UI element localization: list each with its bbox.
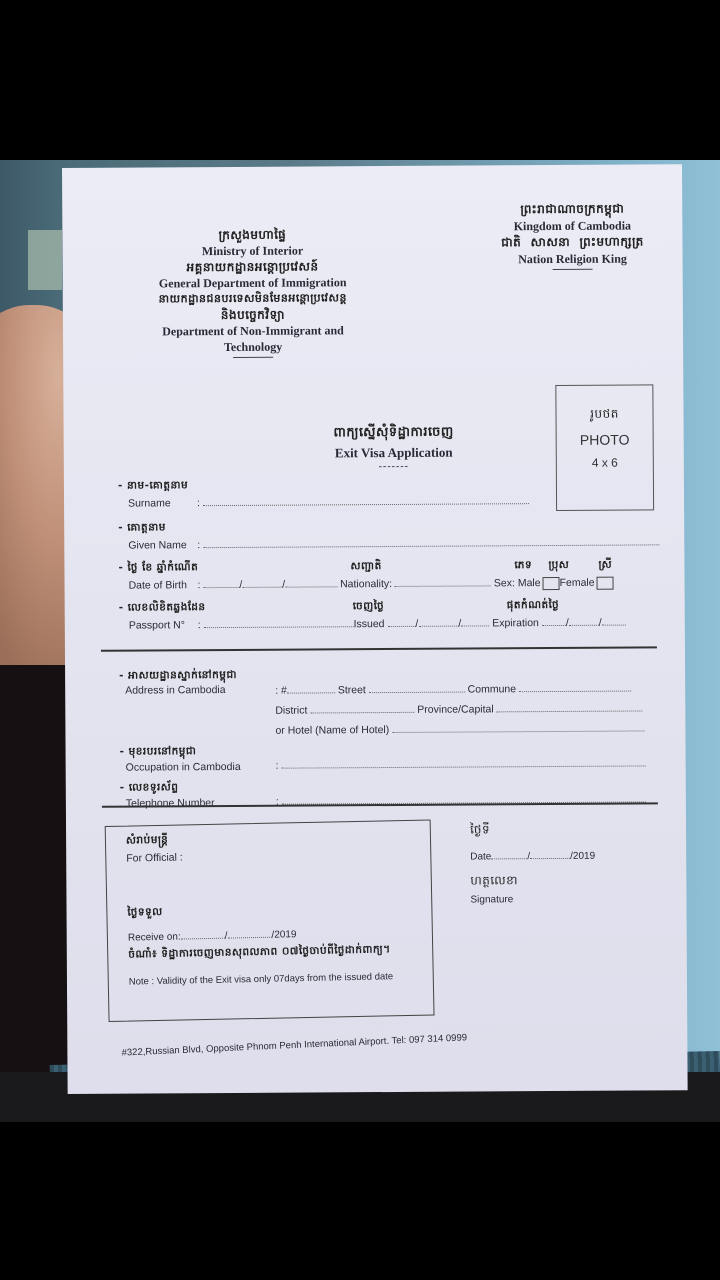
nationality-field[interactable] <box>395 576 491 587</box>
female-km: ស្រី <box>598 559 612 574</box>
ministry-en: Ministry of Interior <box>122 242 382 260</box>
male-checkbox[interactable] <box>543 577 560 590</box>
expiration-label: Expiration <box>492 617 539 629</box>
ministry-km: ក្រសួងមហាផ្ទៃ <box>122 226 382 244</box>
passport-km: - លេខលិខិតឆ្លងដែន <box>119 598 659 616</box>
dob-row: - ថ្ងៃ ខែ ឆ្នាំកំណើត សញ្ជាតិ ភេទ ប្រុស ស… <box>118 558 658 592</box>
official-label: For Official : <box>126 851 183 864</box>
male-label: Male <box>518 577 541 589</box>
footer-address: #322,Russian Blvd, Opposite Phnom Penh I… <box>121 1032 467 1058</box>
commune-label: Commune <box>468 683 517 695</box>
divider-mark <box>233 357 273 358</box>
dob-label: Date of Birth <box>129 579 195 591</box>
title-underline: ------- <box>304 460 484 472</box>
male-km: ប្រុស <box>548 559 569 574</box>
date-label: Date <box>470 851 491 862</box>
ministry-header: ក្រសួងមហាផ្ទៃ Ministry of Interior អគ្គន… <box>122 226 383 359</box>
hotel-field[interactable] <box>392 721 644 733</box>
receive-km: ថ្ងៃទទួល <box>127 906 163 922</box>
signature-area: ថ្ងៃទី Date//2019 ហត្ថលេខា Signature <box>470 820 651 905</box>
receive-month-field[interactable] <box>227 928 271 939</box>
surname-row: - នាម-គោត្តនាម Surname : <box>118 477 529 510</box>
photo-label: PHOTO <box>557 431 653 448</box>
surname-field[interactable] <box>203 494 529 506</box>
street-label: Street <box>338 684 366 696</box>
given-name-km: - គោត្តនាម <box>118 518 659 536</box>
motto-en: Nation Religion King <box>493 251 653 267</box>
expiration-day-field[interactable] <box>542 616 566 626</box>
nationality-label: Nationality: <box>340 578 392 590</box>
date-year: /2019 <box>570 851 595 862</box>
receive-day-field[interactable] <box>181 929 225 940</box>
passport-field[interactable] <box>204 617 354 628</box>
dept-en-1: Department of Non-Immigrant and <box>123 322 383 340</box>
surname-km: - នាម-គោត្តនាម <box>118 477 529 495</box>
title-km: ពាក្យស្នើសុំទិដ្ឋាការចេញ <box>304 423 484 443</box>
commune-field[interactable] <box>519 682 631 693</box>
exit-visa-form: ក្រសួងមហាផ្ទៃ Ministry of Interior អគ្គន… <box>62 164 688 1094</box>
hotel-label: or Hotel (Name of Hotel) <box>275 724 389 737</box>
date-month-field[interactable] <box>530 849 570 859</box>
province-field[interactable] <box>497 701 643 712</box>
given-name-field[interactable] <box>203 535 659 548</box>
given-name-row: - គោត្តនាម Given Name : <box>118 518 659 551</box>
date-day-field[interactable] <box>491 849 527 859</box>
form-title: ពាក្យស្នើសុំទិដ្ឋាការចេញ Exit Visa Appli… <box>304 423 484 472</box>
address-row: - អាសយដ្ឋានស្នាក់នៅកម្ពុជា Address in Ca… <box>119 666 659 696</box>
sex-label: Sex: <box>494 577 515 589</box>
title-en: Exit Visa Application <box>304 444 484 461</box>
section-divider <box>101 646 657 651</box>
general-dept-en: General Department of Immigration <box>123 274 383 292</box>
photo-km: រូបថត <box>556 405 652 424</box>
background-sticky-note <box>28 230 62 290</box>
passport-row: - លេខលិខិតឆ្លងដែន ចេញថ្ងៃ ផុតកំណត់ថ្ងៃ P… <box>119 598 659 631</box>
official-km: សំរាប់មន្ត្រី <box>126 834 169 850</box>
note-en: Note : Validity of the Exit visa only 07… <box>129 971 394 987</box>
official-use-box: សំរាប់មន្ត្រី For Official : ថ្ងៃទទួល Re… <box>105 819 435 1022</box>
dob-year-field[interactable] <box>285 577 337 587</box>
dob-km: - ថ្ងៃ ខែ ឆ្នាំកំណើត <box>118 558 658 576</box>
signature-label[interactable]: Signature <box>470 893 650 905</box>
issued-year-field[interactable] <box>461 616 489 626</box>
house-number-label: : # <box>275 685 287 697</box>
occupation-row: - មុខរបរនៅកម្ពុជា Occupation in Cambodia… <box>120 742 660 773</box>
receive-year: /2019 <box>271 929 296 941</box>
general-dept-km: អគ្គនាយកដ្ឋានអន្តោប្រវេសន៍ <box>123 258 383 276</box>
dob-day-field[interactable] <box>203 578 239 588</box>
photo-placeholder[interactable]: រូបថត PHOTO 4 x 6 <box>555 384 654 511</box>
receive-row: Receive on://2019 <box>128 927 297 943</box>
issued-label: Issued <box>354 618 385 630</box>
background-dark-area <box>0 630 70 1122</box>
expiration-year-field[interactable] <box>602 616 626 626</box>
district-field[interactable] <box>310 703 414 714</box>
expiration-month-field[interactable] <box>569 616 599 626</box>
female-checkbox[interactable] <box>597 576 614 589</box>
date-row: Date//2019 <box>470 848 650 862</box>
house-number-field[interactable] <box>287 683 335 693</box>
kingdom-en: Kingdom of Cambodia <box>492 218 652 234</box>
sex-km: ភេទ <box>514 559 532 574</box>
nationality-km: សញ្ជាតិ <box>350 560 381 575</box>
motto-km: ជាតិ សាសនា ព្រះមហាក្សត្រ <box>492 233 652 252</box>
divider-mark <box>553 269 593 270</box>
note-km: ចំណាំ៖ ទិដ្ឋាការចេញមានសុពលភាព ០៧ថ្ងៃចាប់… <box>128 943 391 963</box>
dept-km-2: និងបច្ចេកវិទ្យា <box>123 306 383 324</box>
date-km: ថ្ងៃទី <box>470 820 650 839</box>
kingdom-header: ព្រះរាជាណាចក្រកម្ពុជា Kingdom of Cambodi… <box>492 200 652 270</box>
given-name-label: Given Name <box>128 539 194 551</box>
issued-km: ចេញថ្ងៃ <box>353 600 385 615</box>
province-label: Province/Capital <box>417 703 494 715</box>
issued-day-field[interactable] <box>387 617 415 627</box>
surname-label: Surname <box>128 497 194 509</box>
receive-label: Receive on: <box>128 932 181 944</box>
street-field[interactable] <box>369 683 465 694</box>
photo-size: 4 x 6 <box>557 455 653 470</box>
issued-month-field[interactable] <box>418 617 458 627</box>
kingdom-km: ព្រះរាជាណាចក្រកម្ពុជា <box>492 200 652 219</box>
dept-km-1: នាយកដ្ឋានជនបរទេសមិនមែនអន្តោប្រវេសន្ត <box>123 290 383 308</box>
occupation-field[interactable] <box>281 756 645 768</box>
female-label: Female <box>560 577 595 589</box>
dob-month-field[interactable] <box>242 578 282 588</box>
passport-label: Passport N° <box>129 619 195 631</box>
dept-en-2: Technology <box>123 338 383 356</box>
expiration-km: ផុតកំណត់ថ្ងៃ <box>507 599 560 614</box>
district-label: District <box>275 705 307 717</box>
signature-km: ហត្ថលេខា <box>470 871 650 890</box>
